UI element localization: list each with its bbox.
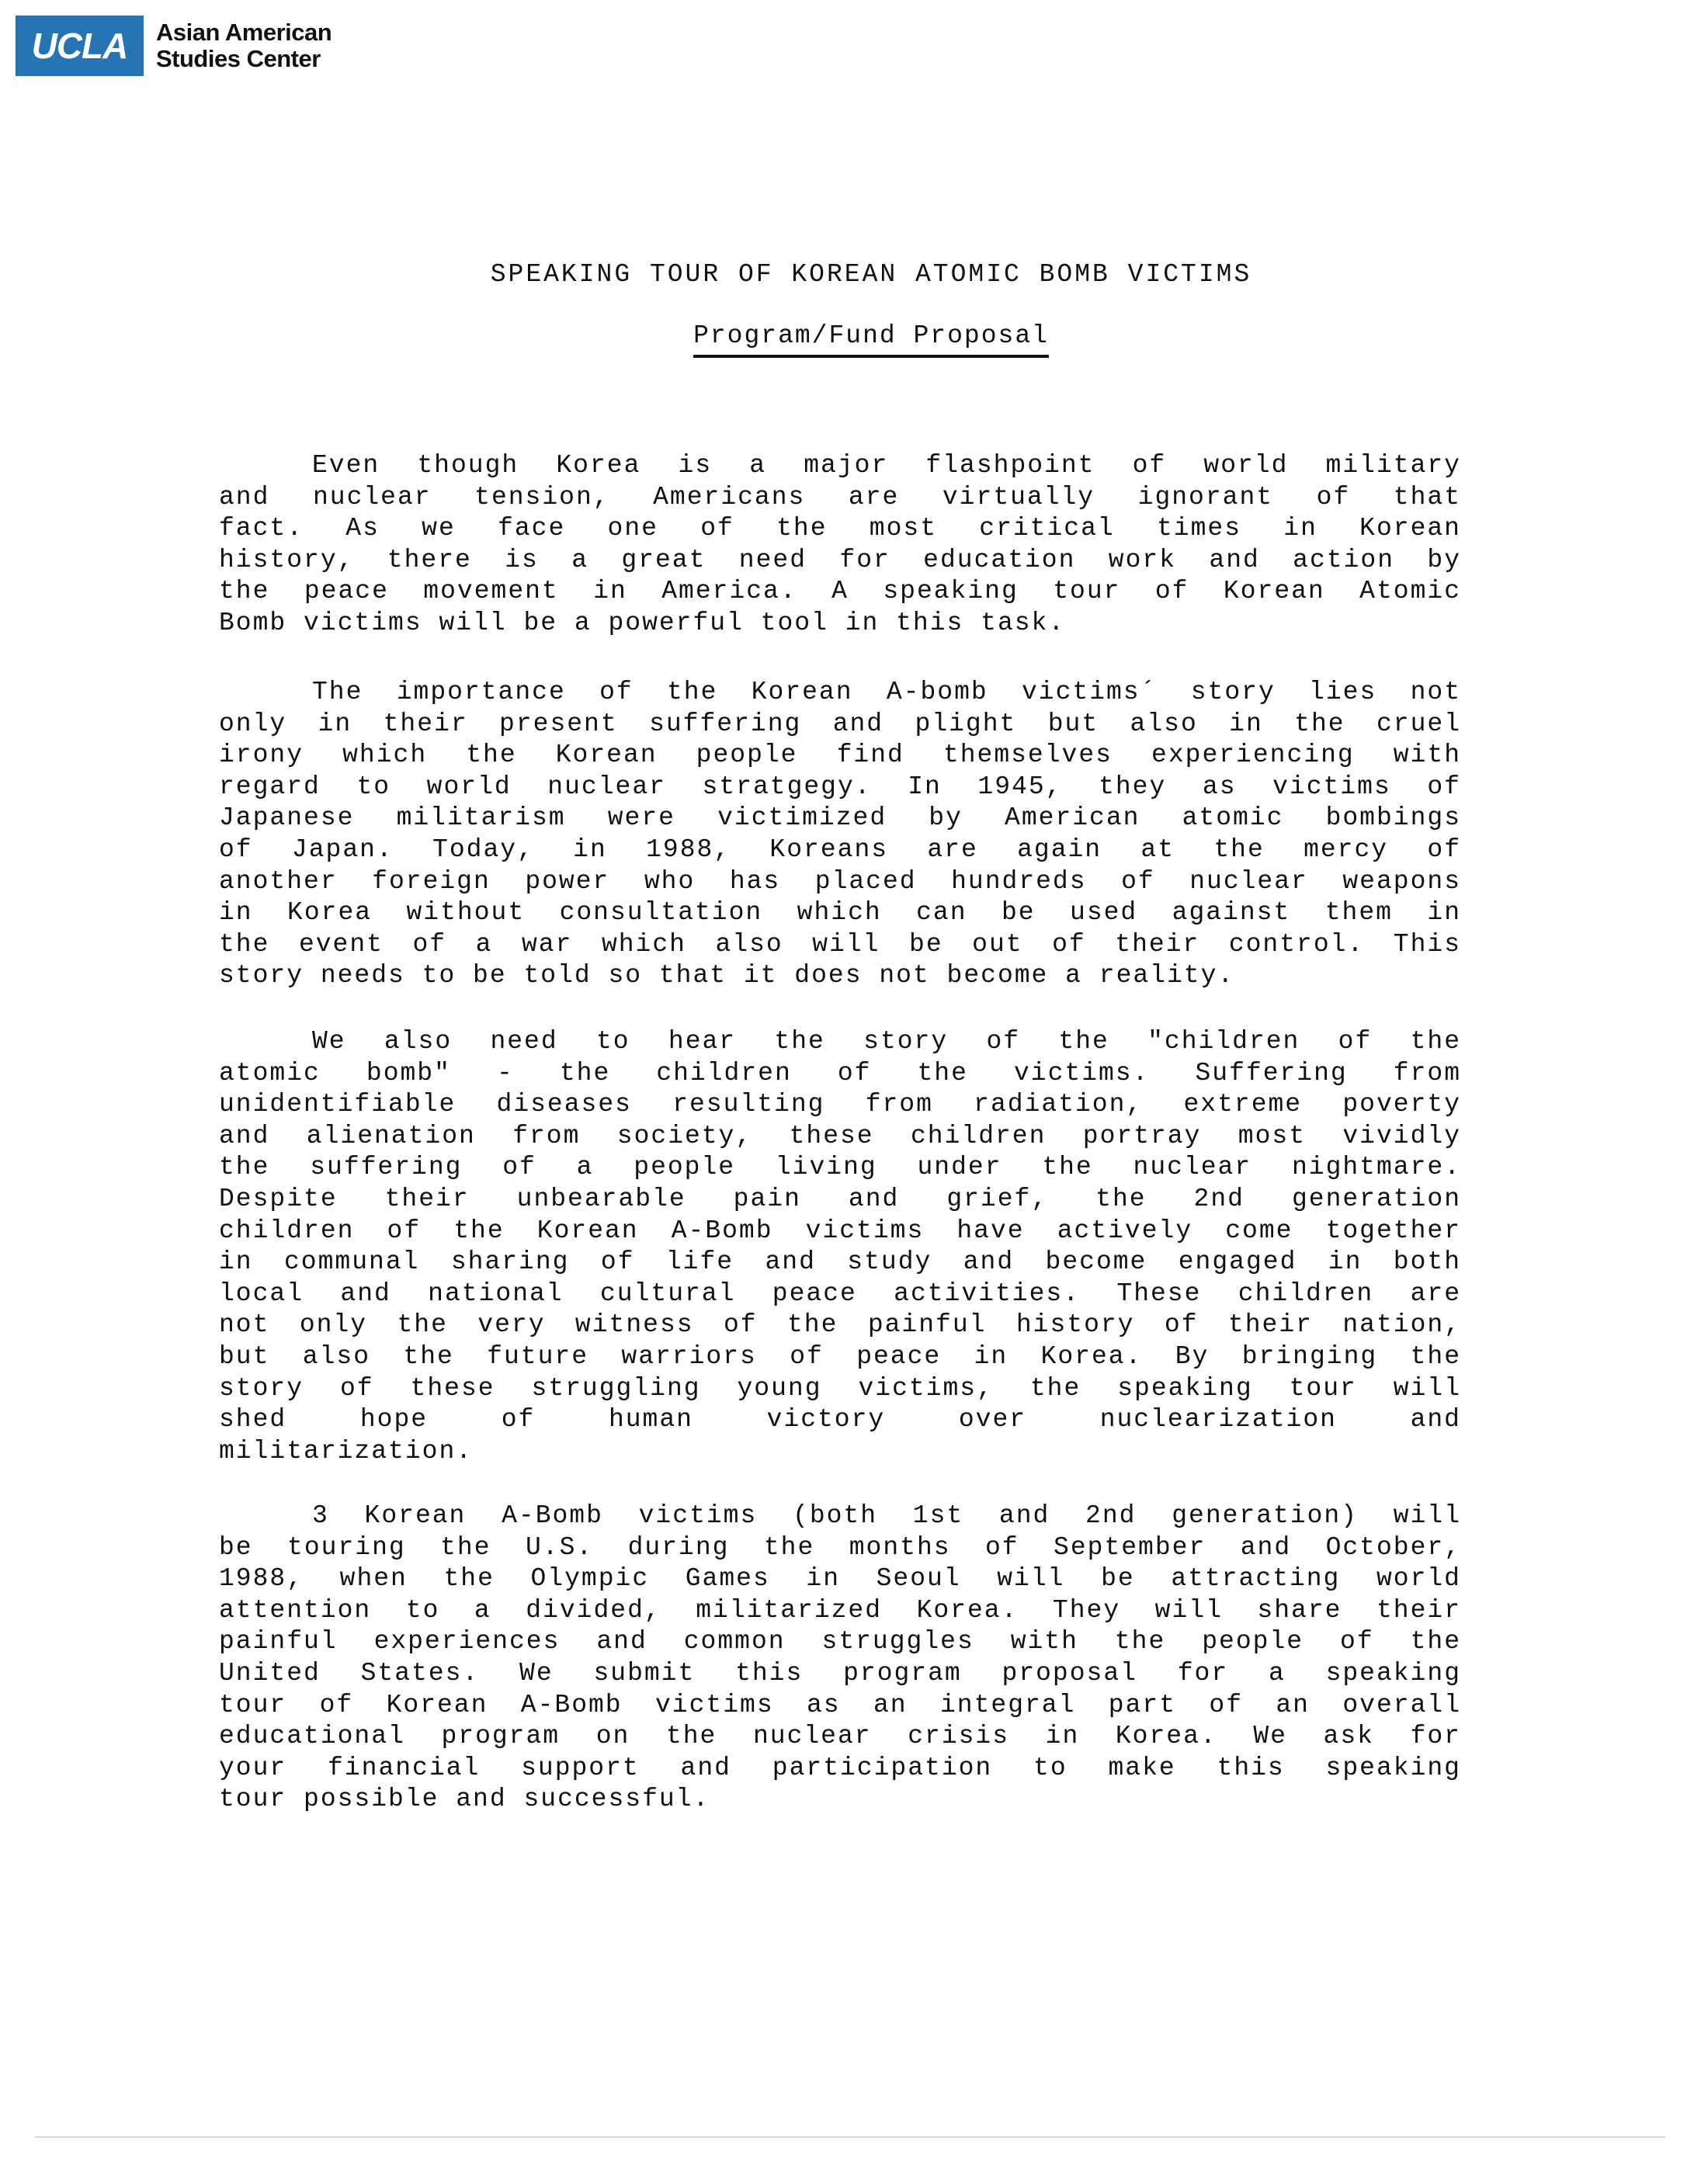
text-line: Even though Korea is a major flashpoint …: [219, 450, 1461, 482]
text-line: in communal sharing of life and study an…: [219, 1247, 1461, 1279]
text-line: be touring the U.S. during the months of…: [219, 1532, 1461, 1564]
document-page: SPEAKING TOUR OF KOREAN ATOMIC BOMB VICT…: [219, 260, 1461, 350]
text-line: 1988, when the Olympic Games in Seoul wi…: [219, 1563, 1461, 1595]
text-line: atomic bomb" - the children of the victi…: [219, 1058, 1461, 1090]
text-line: and nuclear tension, Americans are virtu…: [219, 482, 1461, 514]
text-line: your financial support and participation…: [219, 1753, 1461, 1785]
document-subtitle: Program/Fund Proposal: [281, 321, 1461, 350]
text-line: Japanese militarism were victimized by A…: [219, 803, 1461, 834]
text-line: children of the Korean A-Bomb victims ha…: [219, 1216, 1461, 1247]
text-line: only in their present suffering and plig…: [219, 709, 1461, 741]
text-line: fact. As we face one of the most critica…: [219, 513, 1461, 545]
text-line: unidentifiable diseases resulting from r…: [219, 1089, 1461, 1121]
text-line: story of these struggling young victims,…: [219, 1373, 1461, 1405]
text-line: in Korea without consultation which can …: [219, 897, 1461, 929]
text-line: tour of Korean A-Bomb victims as an inte…: [219, 1690, 1461, 1722]
center-name: Asian American Studies Center: [156, 19, 332, 72]
text-line: another foreign power who has placed hun…: [219, 866, 1461, 898]
text-line: militarization.: [219, 1436, 1461, 1468]
paragraph-2: The importance of the Korean A-bomb vict…: [219, 677, 1461, 992]
text-line: tour possible and successful.: [219, 1784, 1461, 1816]
text-line: and alienation from society, these child…: [219, 1121, 1461, 1153]
text-line: story needs to be told so that it does n…: [219, 960, 1461, 992]
text-line: shed hope of human victory over nucleari…: [219, 1404, 1461, 1436]
text-line: but also the future warriors of peace in…: [219, 1341, 1461, 1373]
text-line: regard to world nuclear stratgegy. In 19…: [219, 772, 1461, 803]
ucla-aasc-logo: UCLA Asian American Studies Center: [16, 16, 332, 76]
paragraph-3: We also need to hear the story of the "c…: [219, 1026, 1461, 1467]
text-line: attention to a divided, militarized Kore…: [219, 1595, 1461, 1627]
center-name-line1: Asian American: [156, 19, 332, 46]
text-line: United States. We submit this program pr…: [219, 1658, 1461, 1690]
text-line: We also need to hear the story of the "c…: [219, 1026, 1461, 1058]
text-line: irony which the Korean people find thems…: [219, 740, 1461, 772]
text-line: the peace movement in America. A speakin…: [219, 576, 1461, 608]
text-line: The importance of the Korean A-bomb vict…: [219, 677, 1461, 709]
document-title: SPEAKING TOUR OF KOREAN ATOMIC BOMB VICT…: [281, 260, 1461, 289]
text-line: the event of a war which also will be ou…: [219, 929, 1461, 961]
text-line: local and national cultural peace activi…: [219, 1279, 1461, 1310]
text-line: Bomb victims will be a powerful tool in …: [219, 608, 1461, 640]
ucla-logo-box: UCLA: [16, 16, 144, 76]
text-line: history, there is a great need for educa…: [219, 545, 1461, 577]
text-line: the suffering of a people living under t…: [219, 1152, 1461, 1184]
page-edge-line: [35, 2136, 1665, 2138]
text-line: of Japan. Today, in 1988, Koreans are ag…: [219, 834, 1461, 866]
center-name-line2: Studies Center: [156, 46, 332, 72]
paragraph-1: Even though Korea is a major flashpoint …: [219, 450, 1461, 640]
paragraph-4: 3 Korean A-Bomb victims (both 1st and 2n…: [219, 1501, 1461, 1816]
text-line: Despite their unbearable pain and grief,…: [219, 1184, 1461, 1216]
text-line: not only the very witness of the painful…: [219, 1310, 1461, 1341]
text-line: painful experiences and common struggles…: [219, 1626, 1461, 1658]
text-line: educational program on the nuclear crisi…: [219, 1721, 1461, 1753]
subtitle-text: Program/Fund Proposal: [693, 321, 1049, 358]
text-line: 3 Korean A-Bomb victims (both 1st and 2n…: [219, 1501, 1461, 1532]
